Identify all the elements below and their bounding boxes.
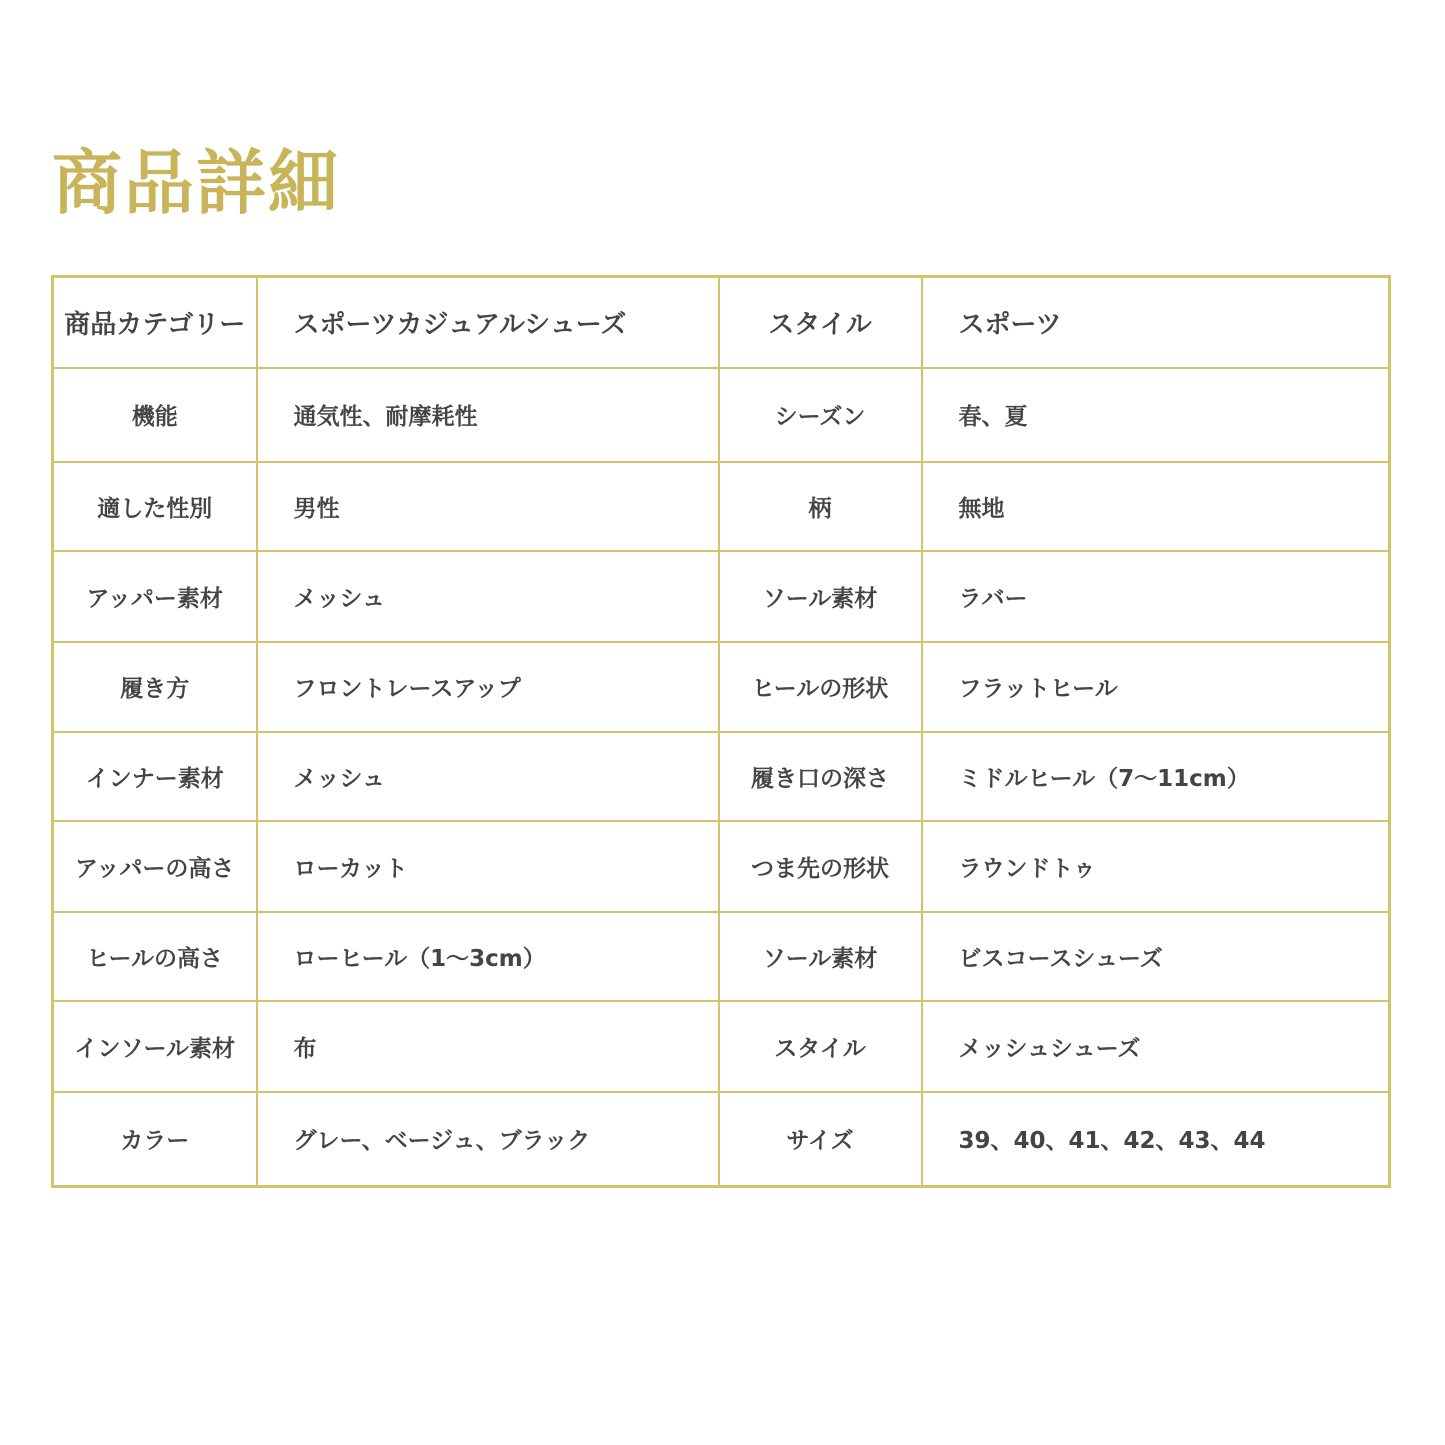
spec-value: フロントレースアップ — [257, 642, 719, 732]
spec-value: スポーツ — [922, 277, 1390, 368]
table-row: アッパーの高さ ローカット つま先の形状 ラウンドトゥ — [53, 821, 1390, 912]
spec-value: メッシュ — [257, 732, 719, 821]
table-row: アッパー素材 メッシュ ソール素材 ラバー — [53, 551, 1390, 642]
spec-label: アッパーの高さ — [53, 821, 257, 912]
spec-value: 布 — [257, 1001, 719, 1092]
spec-label: ソール素材 — [719, 912, 922, 1001]
spec-label: ヒールの形状 — [719, 642, 922, 732]
spec-label: 履き口の深さ — [719, 732, 922, 821]
spec-value: ラバー — [922, 551, 1390, 642]
spec-label: 履き方 — [53, 642, 257, 732]
table-row: 履き方 フロントレースアップ ヒールの形状 フラットヒール — [53, 642, 1390, 732]
spec-label: スタイル — [719, 277, 922, 368]
spec-value: 39、40、41、42、43、44 — [922, 1092, 1390, 1187]
spec-label: アッパー素材 — [53, 551, 257, 642]
spec-label: ソール素材 — [719, 551, 922, 642]
table-row: インナー素材 メッシュ 履き口の深さ ミドルヒール（7～11cm） — [53, 732, 1390, 821]
spec-label: シーズン — [719, 368, 922, 462]
spec-value: フラットヒール — [922, 642, 1390, 732]
table-row: 機能 通気性、耐摩耗性 シーズン 春、夏 — [53, 368, 1390, 462]
spec-value: スポーツカジュアルシューズ — [257, 277, 719, 368]
spec-label: インナー素材 — [53, 732, 257, 821]
spec-label: 柄 — [719, 462, 922, 551]
table-row: インソール素材 布 スタイル メッシュシューズ — [53, 1001, 1390, 1092]
product-spec-table: 商品カテゴリー スポーツカジュアルシューズ スタイル スポーツ 機能 通気性、耐… — [51, 275, 1391, 1188]
spec-value: グレー、ベージュ、ブラック — [257, 1092, 719, 1187]
spec-value: 通気性、耐摩耗性 — [257, 368, 719, 462]
spec-value: ローヒール（1～3cm） — [257, 912, 719, 1001]
table-row: カラー グレー、ベージュ、ブラック サイズ 39、40、41、42、43、44 — [53, 1092, 1390, 1187]
spec-value: ビスコースシューズ — [922, 912, 1390, 1001]
spec-label: 商品カテゴリー — [53, 277, 257, 368]
table-row: 商品カテゴリー スポーツカジュアルシューズ スタイル スポーツ — [53, 277, 1390, 368]
table-row: ヒールの高さ ローヒール（1～3cm） ソール素材 ビスコースシューズ — [53, 912, 1390, 1001]
spec-label: つま先の形状 — [719, 821, 922, 912]
spec-value: ローカット — [257, 821, 719, 912]
spec-value: ラウンドトゥ — [922, 821, 1390, 912]
spec-value: 無地 — [922, 462, 1390, 551]
spec-value: ミドルヒール（7～11cm） — [922, 732, 1390, 821]
table-row: 適した性別 男性 柄 無地 — [53, 462, 1390, 551]
spec-label: サイズ — [719, 1092, 922, 1187]
spec-table-body: 商品カテゴリー スポーツカジュアルシューズ スタイル スポーツ 機能 通気性、耐… — [53, 277, 1390, 1187]
page-title: 商品詳細 — [52, 148, 340, 218]
spec-label: インソール素材 — [53, 1001, 257, 1092]
spec-value: 春、夏 — [922, 368, 1390, 462]
spec-label: 適した性別 — [53, 462, 257, 551]
spec-label: 機能 — [53, 368, 257, 462]
spec-value: 男性 — [257, 462, 719, 551]
spec-value: メッシュシューズ — [922, 1001, 1390, 1092]
spec-label: カラー — [53, 1092, 257, 1187]
spec-label: スタイル — [719, 1001, 922, 1092]
spec-value: メッシュ — [257, 551, 719, 642]
spec-label: ヒールの高さ — [53, 912, 257, 1001]
